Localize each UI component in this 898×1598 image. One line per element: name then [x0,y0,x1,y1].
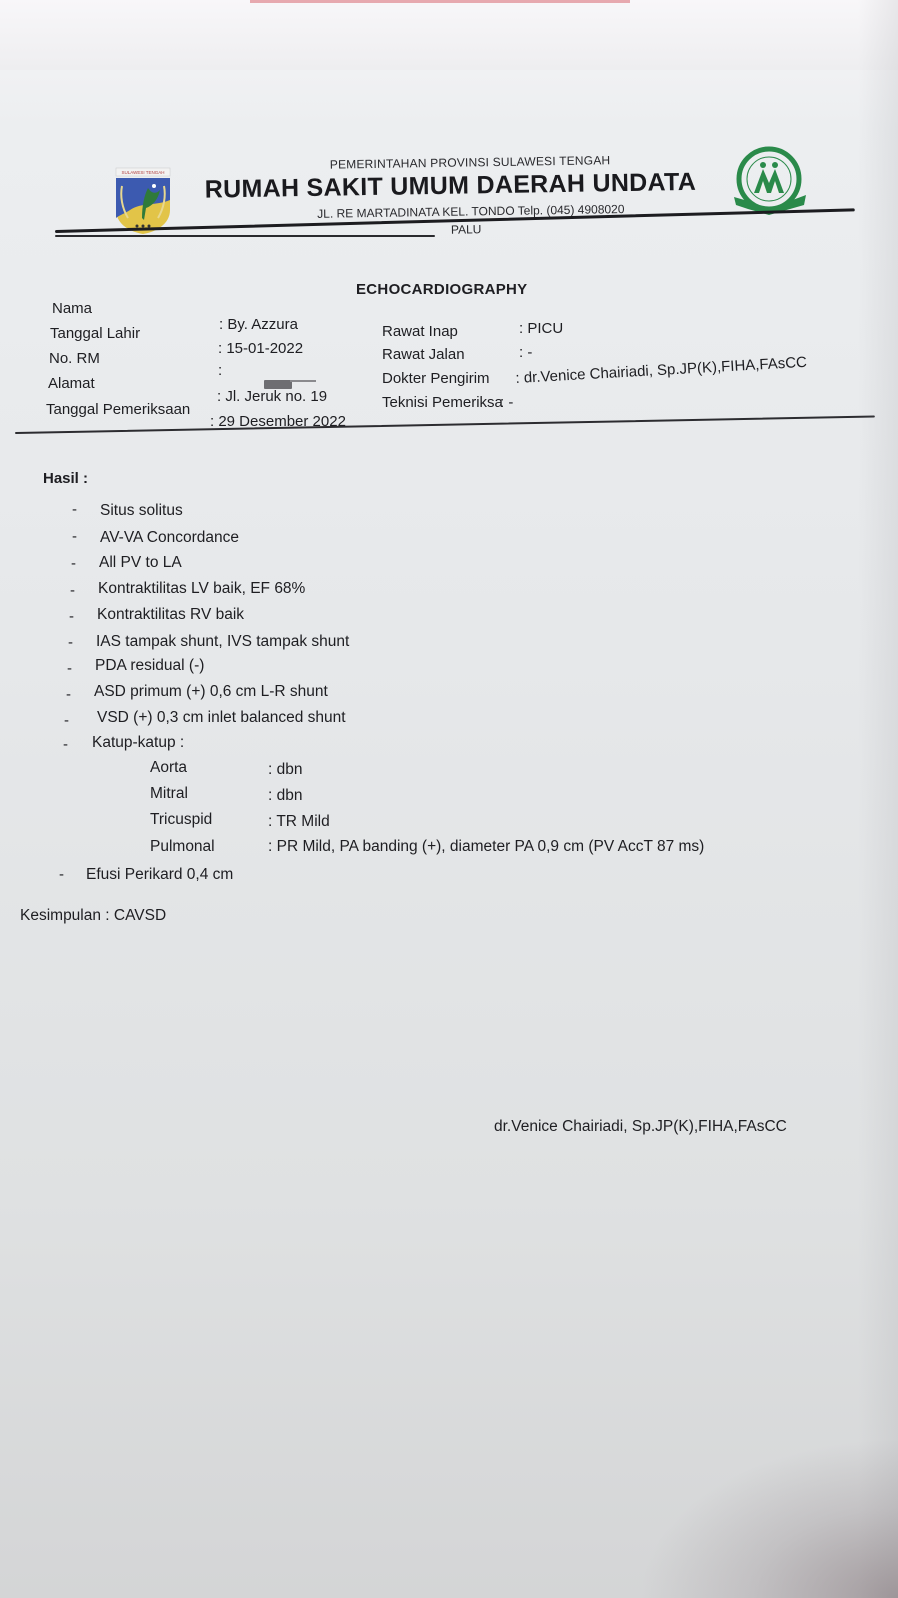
result-item: Situs solitus [100,502,183,520]
result-item: Kontraktilitas RV baik [97,606,244,624]
value-rawat-jalan: : - [519,344,532,361]
result-item: All PV to LA [99,554,182,572]
photo-shadow-right [858,0,898,1598]
result-item-valves: Katup-katup : [92,734,184,752]
label-no-rm: No. RM [49,350,100,367]
bullet: - [70,582,75,599]
document-title: ECHOCARDIOGRAPHY [356,281,527,298]
valve-value-mitral: : dbn [268,787,302,805]
value-teknisi-pemeriksa: : - [500,394,513,411]
echocardiography-report: SULAWESI TENGAH PEMERINTAHAN PROVINSI SU… [0,0,898,1598]
value-tanggal-lahir: : 15-01-2022 [218,340,303,357]
label-dokter-pengirim: Dokter Pengirim [382,370,490,387]
svg-text:SULAWESI TENGAH: SULAWESI TENGAH [121,170,164,175]
hospital-name: RUMAH SAKIT UMUM DAERAH UNDATA [180,168,720,205]
valve-value-pulmonal: : PR Mild, PA banding (+), diameter PA 0… [268,838,704,856]
valve-value-aorta: : dbn [268,761,302,779]
bullet: - [66,686,71,703]
value-dokter-pengirim: : dr.Venice Chairiadi, Sp.JP(K),FIHA,FAs… [515,354,807,387]
result-item: Kontraktilitas LV baik, EF 68% [98,580,305,598]
valve-name-tricuspid: Tricuspid [150,811,212,829]
result-item-effusion: Efusi Perikard 0,4 cm [86,866,233,884]
result-item: AV-VA Concordance [100,529,239,547]
bullet: - [71,555,76,572]
value-nama: : By. Azzura [219,316,298,333]
redaction-mark [290,380,316,382]
label-rawat-jalan: Rawat Jalan [382,346,465,363]
bullet: - [64,712,69,729]
valve-value-tricuspid: : TR Mild [268,813,330,831]
info-divider [15,415,875,434]
provincial-crest-icon: SULAWESI TENGAH [112,166,174,236]
valve-name-mitral: Mitral [150,785,188,803]
doctor-signature: dr.Venice Chairiadi, Sp.JP(K),FIHA,FAsCC [494,1118,787,1136]
value-no-rm: : [218,362,222,379]
letterhead: PEMERINTAHAN PROVINSI SULAWESI TENGAH RU… [180,152,721,241]
label-nama: Nama [52,300,92,317]
label-teknisi-pemeriksa: Teknisi Pemeriksa [382,394,503,411]
result-item: PDA residual (-) [95,657,204,675]
label-rawat-inap: Rawat Inap [382,323,458,340]
bullet: - [72,528,77,545]
conclusion: Kesimpulan : CAVSD [20,907,166,925]
bullet: - [69,608,74,625]
bullet: - [68,634,73,651]
bullet: - [72,501,77,518]
bullet: - [59,866,64,883]
label-tanggal-pemeriksaan: Tanggal Pemeriksaan [46,401,190,418]
label-tanggal-lahir: Tanggal Lahir [50,325,140,342]
header-divider-shadow [55,235,435,237]
results-heading: Hasil : [43,470,88,487]
bullet: - [67,660,72,677]
redacted-record-number [264,380,292,389]
bullet: - [63,736,68,753]
label-alamat: Alamat [48,375,95,392]
photo-shadow-corner [638,1438,898,1598]
valve-name-aorta: Aorta [150,759,187,777]
result-item: IAS tampak shunt, IVS tampak shunt [96,633,349,651]
value-alamat: : Jl. Jeruk no. 19 [217,388,327,405]
result-item: VSD (+) 0,3 cm inlet balanced shunt [97,709,346,727]
result-item: ASD primum (+) 0,6 cm L-R shunt [94,683,328,701]
valve-name-pulmonal: Pulmonal [150,838,215,856]
value-rawat-inap: : PICU [519,320,563,337]
